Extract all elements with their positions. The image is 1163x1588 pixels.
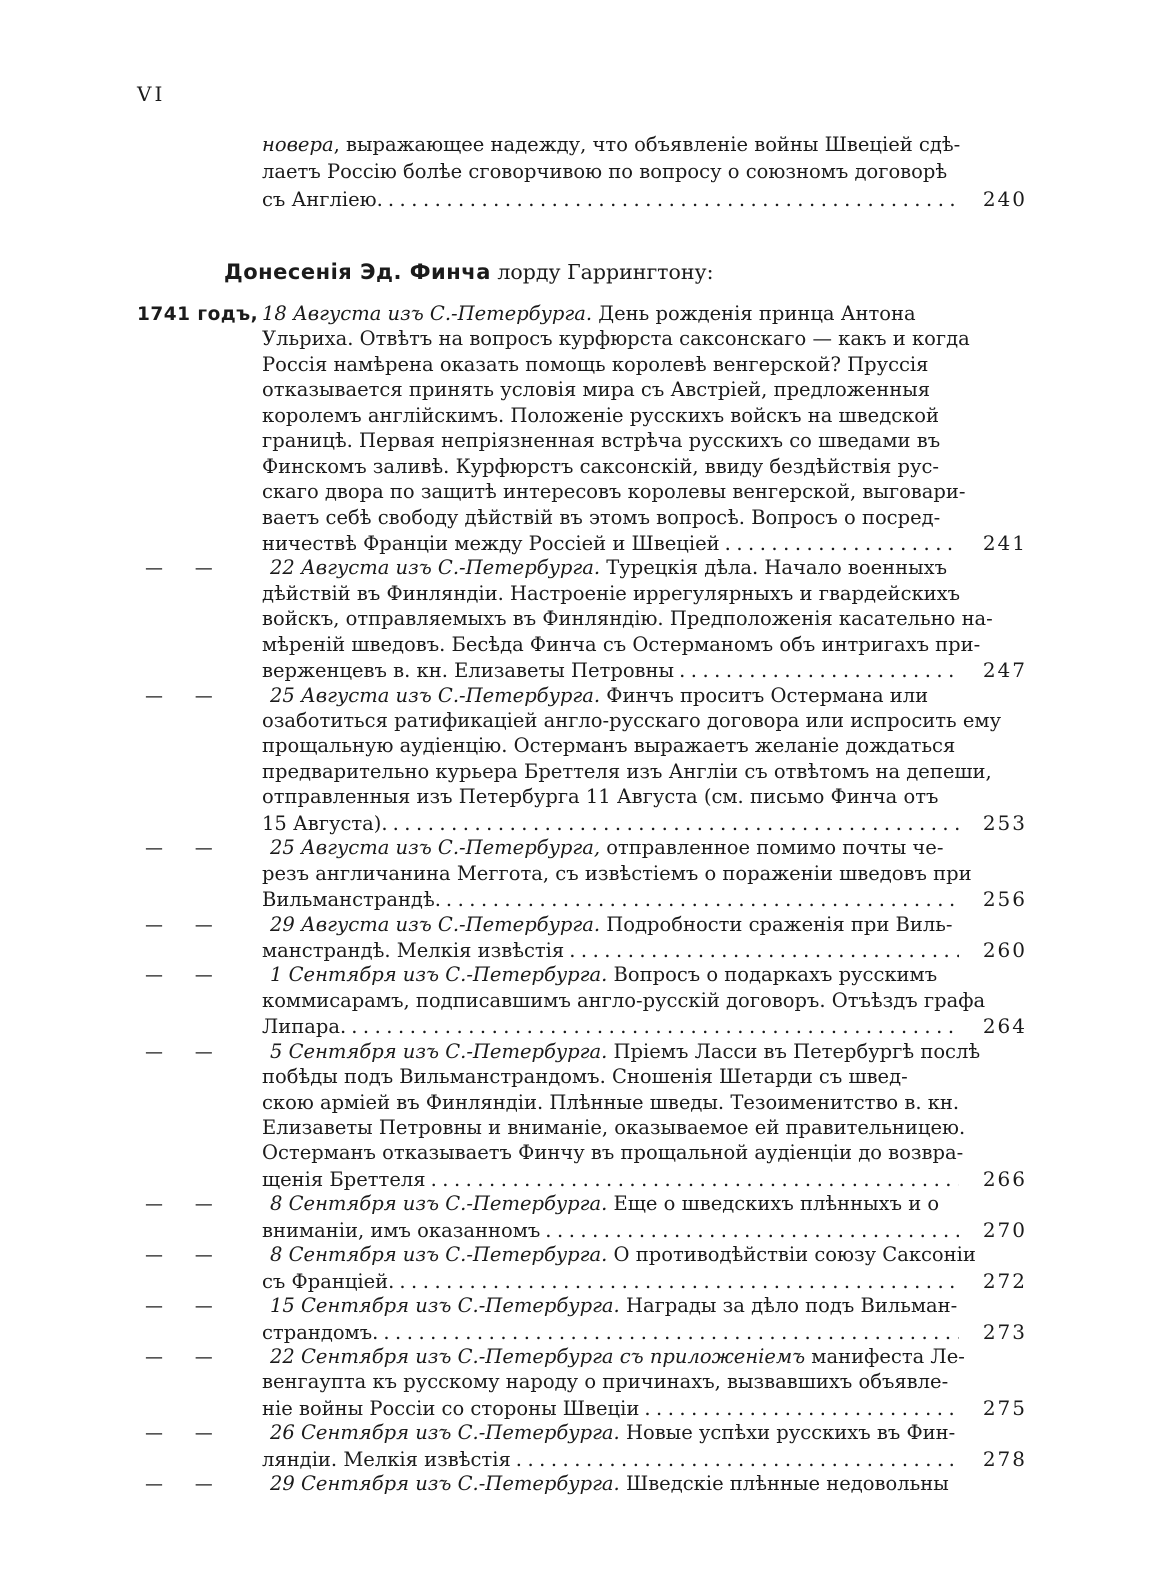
page-ref: 264 bbox=[973, 1014, 1027, 1038]
toc-line-text: дѣйствій въ Финляндіи. Настроеніе иррегу… bbox=[262, 582, 960, 605]
toc-entry-summary: ваетъ себѣ свободу дѣйствій въ этомъ воп… bbox=[262, 506, 940, 529]
toc-entry-summary: Новые успѣхи русскихъ въ Фин- bbox=[620, 1421, 955, 1444]
toc-line-text: коммисарамъ, подписавшимъ англо-русскій … bbox=[262, 989, 985, 1012]
toc-line-text: резъ англичанина Меггота, съ извѣстіемъ … bbox=[262, 862, 972, 885]
toc-line: — —15 Сентября изъ С.-Петербурга. Наград… bbox=[137, 1294, 1027, 1319]
toc-line: — —8 Сентября изъ С.-Петербурга. Еще о ш… bbox=[137, 1192, 1027, 1217]
toc-line-margin: 1741 годъ, bbox=[137, 304, 262, 325]
toc-line: побѣды подъ Вильманстрандомъ. Сношенія Ш… bbox=[137, 1065, 1027, 1090]
toc-line: — —29 Августа изъ С.-Петербурга. Подробн… bbox=[137, 913, 1027, 938]
toc-line: — —8 Сентября изъ С.-Петербурга. О проти… bbox=[137, 1243, 1027, 1268]
toc-line-margin: — — bbox=[137, 1474, 270, 1495]
toc-line-text: 8 Сентября изъ С.-Петербурга. Еще о швед… bbox=[270, 1192, 939, 1215]
toc-line-text: 22 Августа изъ С.-Петербурга. Турецкія д… bbox=[270, 556, 947, 579]
toc-line: Россія намѣрена оказать помощь королевѣ … bbox=[137, 353, 1027, 378]
toc-entry-summary: манифеста Ле- bbox=[805, 1345, 965, 1368]
toc-line-margin: — — bbox=[137, 1347, 270, 1368]
toc-line-text: границѣ. Первая непріязненная встрѣча ру… bbox=[262, 429, 940, 452]
toc-line: резъ англичанина Меггота, съ извѣстіемъ … bbox=[137, 862, 1027, 887]
toc-line: — —22 Сентября изъ С.-Петербурга съ прил… bbox=[137, 1345, 1027, 1370]
dot-leader: ........................................… bbox=[431, 1168, 959, 1191]
toc-line: Ульриха. Отвѣтъ на вопросъ курфюрста сак… bbox=[137, 327, 1027, 352]
toc-entry-summary: ничествѣ Франціи между Россіей и Швеціей bbox=[262, 532, 720, 555]
scanned-book-page: VI новера, выражающее надежду, что объяв… bbox=[0, 0, 1163, 1588]
toc-line-margin: — — bbox=[137, 1423, 270, 1444]
toc-entry-summary: венгаупта къ русскому народу о причинахъ… bbox=[262, 1370, 948, 1393]
toc-entry-summary: отказывается принять условія мира съ Авс… bbox=[262, 378, 930, 401]
toc-entry-summary: Остерманъ отказываетъ Финчу въ прощально… bbox=[262, 1141, 963, 1164]
toc-line-text: ничествѣ Франціи между Россіей и Швеціей bbox=[262, 532, 720, 555]
toc-entry-summary: ніе войны Россіи со стороны Швеціи bbox=[262, 1397, 639, 1420]
toc-line: — —1 Сентября изъ С.-Петербурга. Вопросъ… bbox=[137, 963, 1027, 988]
toc-line-text: Липара. bbox=[262, 1015, 346, 1038]
dot-leader: ........................................… bbox=[383, 1321, 959, 1344]
page-ref: 256 bbox=[973, 887, 1027, 911]
toc-line-text: 15 Августа). bbox=[262, 812, 388, 835]
toc-entry-summary: Вильманстрандѣ. bbox=[262, 888, 441, 911]
toc-entry-summary: Подробности сраженія при Виль- bbox=[600, 913, 952, 936]
section-heading: Донесенія Эд. Финча лорду Гаррингтону: bbox=[224, 260, 714, 284]
toc-line-text: ніе войны Россіи со стороны Швеціи bbox=[262, 1397, 639, 1420]
folio-page-number: VI bbox=[137, 82, 165, 106]
dot-leader: ........................................… bbox=[388, 188, 959, 211]
toc-entry-summary: Вопросъ о подаркахъ русскимъ bbox=[607, 963, 937, 986]
toc-entry-date: 8 Сентября изъ С.-Петербурга. bbox=[270, 1243, 607, 1266]
toc-entry-summary: озаботиться ратификаціей англо-русскаго … bbox=[262, 709, 1001, 732]
toc-line-text: 1 Сентября изъ С.-Петербурга. Вопросъ о … bbox=[270, 963, 937, 986]
toc-line-text: 8 Сентября изъ С.-Петербурга. О противод… bbox=[270, 1243, 976, 1266]
toc-line: лаетъ Россію болѣе сговорчивою по вопрос… bbox=[137, 160, 1027, 187]
toc-intro-block: новера, выражающее надежду, что объявлен… bbox=[137, 133, 1027, 214]
toc-line-text: мѣреній шведовъ. Бесѣда Финча съ Остерма… bbox=[262, 633, 980, 656]
toc-entry-summary: границѣ. Первая непріязненная встрѣча ру… bbox=[262, 429, 940, 452]
dot-leader: ........................................… bbox=[545, 1219, 959, 1242]
toc-entry-summary: резъ англичанина Меггота, съ извѣстіемъ … bbox=[262, 862, 972, 885]
toc-entry-date: 22 Сентября изъ С.-Петербурга съ приложе… bbox=[270, 1345, 805, 1368]
toc-entry-summary: мѣреній шведовъ. Бесѣда Финча съ Остерма… bbox=[262, 633, 980, 656]
toc-entry-date: 15 Сентября изъ С.-Петербурга. bbox=[270, 1294, 620, 1317]
toc-line: отказывается принять условія мира съ Авс… bbox=[137, 378, 1027, 403]
toc-entry-date: 29 Сентября изъ С.-Петербурга. bbox=[270, 1472, 620, 1495]
toc-entries-block: 1741 годъ,18 Августа изъ С.-Петербурга. … bbox=[137, 302, 1027, 1498]
toc-line: Финскомъ заливѣ. Курфюрстъ саксонскій, в… bbox=[137, 455, 1027, 480]
toc-entry-date: 29 Августа изъ С.-Петербурга. bbox=[270, 913, 600, 936]
toc-line: — —25 Августа изъ С.-Петербурга, отправл… bbox=[137, 836, 1027, 861]
toc-line-text: прощальную аудіенцію. Остерманъ выражает… bbox=[262, 734, 955, 757]
toc-entry-summary: верженцевъ в. кн. Елизаветы Петровны bbox=[262, 659, 674, 682]
toc-line: манстрандѣ. Мелкія извѣстія.............… bbox=[137, 938, 1027, 963]
toc-line-text: отказывается принять условія мира съ Авс… bbox=[262, 378, 930, 401]
toc-line: ваетъ себѣ свободу дѣйствій въ этомъ воп… bbox=[137, 506, 1027, 531]
toc-line: — —29 Сентября изъ С.-Петербурга. Шведск… bbox=[137, 1472, 1027, 1497]
toc-line-text: ваетъ себѣ свободу дѣйствій въ этомъ воп… bbox=[262, 506, 940, 529]
toc-line-text: 25 Августа изъ С.-Петербурга. Финчъ прос… bbox=[270, 684, 928, 707]
toc-line-text: 29 Сентября изъ С.-Петербурга. Шведскіе … bbox=[270, 1472, 949, 1495]
toc-line-text: 25 Августа изъ С.-Петербурга, отправленн… bbox=[270, 836, 943, 859]
toc-line: Липара..................................… bbox=[137, 1014, 1027, 1039]
toc-line-text: съ Франціей. bbox=[262, 1270, 394, 1293]
toc-line: съ Англіею..............................… bbox=[137, 187, 1027, 214]
toc-line: ляндіи. Мелкія извѣстія.................… bbox=[137, 1447, 1027, 1472]
toc-line-text: венгаупта къ русскому народу о причинахъ… bbox=[262, 1370, 948, 1393]
toc-entry-summary: щенія Бреттеля bbox=[262, 1168, 426, 1191]
toc-entry-summary: День рожденія принца Антона bbox=[592, 302, 916, 325]
toc-line: мѣреній шведовъ. Бесѣда Финча съ Остерма… bbox=[137, 633, 1027, 658]
toc-entry-summary: Ульриха. Отвѣтъ на вопросъ курфюрста сак… bbox=[262, 327, 970, 350]
toc-line-margin: — — bbox=[137, 1296, 270, 1317]
toc-entry-summary: Россія намѣрена оказать помощь королевѣ … bbox=[262, 353, 928, 376]
toc-entry-summary: ляндіи. Мелкія извѣстія bbox=[262, 1448, 511, 1471]
toc-entry-summary: войскъ, отправляемыхъ въ Финляндію. Пред… bbox=[262, 607, 993, 630]
toc-entry-summary: , выражающее надежду, что объявленіе вой… bbox=[334, 133, 961, 156]
toc-line: ничествѣ Франціи между Россіей и Швеціей… bbox=[137, 531, 1027, 556]
toc-entry-summary: 15 Августа). bbox=[262, 812, 388, 835]
toc-entry-date: 26 Сентября изъ С.-Петербурга. bbox=[270, 1421, 620, 1444]
toc-entry-summary: Награды за дѣло подъ Вильман- bbox=[620, 1294, 958, 1317]
toc-entry-summary: Пріемъ Ласси въ Петербургѣ послѣ bbox=[607, 1040, 980, 1063]
toc-line-margin: — — bbox=[137, 915, 270, 936]
toc-line-margin: — — bbox=[137, 1245, 270, 1266]
toc-line-margin: — — bbox=[137, 965, 270, 986]
toc-line-text: съ Англіею. bbox=[262, 188, 383, 211]
dot-leader: ........................................… bbox=[516, 1448, 959, 1471]
toc-line: — —5 Сентября изъ С.-Петербурга. Пріемъ … bbox=[137, 1040, 1027, 1065]
toc-line-text: 22 Сентября изъ С.-Петербурга съ приложе… bbox=[270, 1345, 965, 1368]
toc-entry-summary: страндомъ. bbox=[262, 1321, 378, 1344]
toc-entry-summary: съ Франціей. bbox=[262, 1270, 394, 1293]
page-ref: 275 bbox=[973, 1396, 1027, 1420]
dot-leader: ........................................… bbox=[393, 812, 959, 835]
toc-line-text: Финскомъ заливѣ. Курфюрстъ саксонскій, в… bbox=[262, 455, 939, 478]
dot-leader: ........................................… bbox=[644, 1397, 959, 1420]
toc-entry-date: новера bbox=[262, 133, 334, 156]
toc-line-text: щенія Бреттеля bbox=[262, 1168, 426, 1191]
toc-entry-summary: отправленныя изъ Петербурга 11 Августа (… bbox=[262, 785, 938, 808]
dot-leader: ........................................… bbox=[351, 1015, 959, 1038]
toc-entry-date: 5 Сентября изъ С.-Петербурга. bbox=[270, 1040, 607, 1063]
toc-entry-date: 25 Августа изъ С.-Петербурга, bbox=[270, 836, 600, 859]
toc-entry-summary: Елизаветы Петровны и вниманіе, оказываем… bbox=[262, 1116, 965, 1139]
toc-entry-summary: дѣйствій въ Финляндіи. Настроеніе иррегу… bbox=[262, 582, 960, 605]
toc-entry-summary: Еще о шведскихъ плѣнныхъ и о bbox=[607, 1192, 939, 1215]
toc-entry-date: 22 Августа изъ С.-Петербурга. bbox=[270, 556, 600, 579]
toc-line: предварительно курьера Бреттеля изъ Англ… bbox=[137, 760, 1027, 785]
toc-line: границѣ. Первая непріязненная встрѣча ру… bbox=[137, 429, 1027, 454]
toc-line-margin: — — bbox=[137, 838, 270, 859]
toc-entry-summary: побѣды подъ Вильманстрандомъ. Сношенія Ш… bbox=[262, 1065, 908, 1088]
page-ref: 272 bbox=[973, 1269, 1027, 1293]
toc-entry-summary: скою арміей въ Финляндіи. Плѣнные шведы.… bbox=[262, 1091, 959, 1114]
page-ref: 241 bbox=[973, 531, 1027, 555]
section-heading-bold: Донесенія Эд. Финча bbox=[224, 260, 491, 284]
toc-line: венгаупта къ русскому народу о причинахъ… bbox=[137, 1370, 1027, 1395]
toc-line-text: предварительно курьера Бреттеля изъ Англ… bbox=[262, 760, 992, 783]
toc-line: съ Франціей.............................… bbox=[137, 1269, 1027, 1294]
toc-line: Вильманстрандѣ..........................… bbox=[137, 887, 1027, 912]
toc-line-text: войскъ, отправляемыхъ въ Финляндію. Пред… bbox=[262, 607, 993, 630]
toc-line: 15 Августа).............................… bbox=[137, 811, 1027, 836]
toc-line-text: 5 Сентября изъ С.-Петербурга. Пріемъ Лас… bbox=[270, 1040, 980, 1063]
toc-line-text: новера, выражающее надежду, что объявлен… bbox=[262, 133, 960, 156]
toc-entry-summary: съ Англіею. bbox=[262, 188, 383, 211]
toc-entry-date: 8 Сентября изъ С.-Петербурга. bbox=[270, 1192, 607, 1215]
toc-entry-summary: предварительно курьера Бреттеля изъ Англ… bbox=[262, 760, 992, 783]
toc-line-margin: — — bbox=[137, 686, 270, 707]
toc-line: отправленныя изъ Петербурга 11 Августа (… bbox=[137, 785, 1027, 810]
toc-line-margin: — — bbox=[137, 1042, 270, 1063]
toc-line-text: 26 Сентября изъ С.-Петербурга. Новые усп… bbox=[270, 1421, 955, 1444]
toc-line-text: 18 Августа изъ С.-Петербурга. День рожде… bbox=[262, 302, 916, 325]
toc-line-text: скаго двора по защитѣ интересовъ королев… bbox=[262, 480, 965, 503]
toc-line: новера, выражающее надежду, что объявлен… bbox=[137, 133, 1027, 160]
toc-line: ніе войны Россіи со стороны Швеціи......… bbox=[137, 1396, 1027, 1421]
page-ref: 260 bbox=[973, 938, 1027, 962]
page-ref: 273 bbox=[973, 1320, 1027, 1344]
dot-leader: ........................................… bbox=[399, 1270, 959, 1293]
toc-line: 1741 годъ,18 Августа изъ С.-Петербурга. … bbox=[137, 302, 1027, 327]
toc-entry-summary: отправленное помимо почты че- bbox=[600, 836, 943, 859]
toc-entry-summary: прощальную аудіенцію. Остерманъ выражает… bbox=[262, 734, 955, 757]
toc-line-text: Россія намѣрена оказать помощь королевѣ … bbox=[262, 353, 928, 376]
toc-entry-summary: вниманіи, имъ оказанномъ bbox=[262, 1219, 540, 1242]
toc-line-text: 15 Сентября изъ С.-Петербурга. Награды з… bbox=[270, 1294, 957, 1317]
page-ref: 253 bbox=[973, 811, 1027, 835]
toc-entry-summary: скаго двора по защитѣ интересовъ королев… bbox=[262, 480, 965, 503]
toc-entry-summary: Турецкія дѣла. Начало военныхъ bbox=[600, 556, 947, 579]
section-heading-rest: лорду Гаррингтону: bbox=[491, 260, 714, 284]
toc-line: коммисарамъ, подписавшимъ англо-русскій … bbox=[137, 989, 1027, 1014]
toc-entry-summary: лаетъ Россію болѣе сговорчивою по вопрос… bbox=[262, 160, 947, 183]
page-ref: 278 bbox=[973, 1447, 1027, 1471]
toc-line-text: ляндіи. Мелкія извѣстія bbox=[262, 1448, 511, 1471]
toc-line-text: вниманіи, имъ оказанномъ bbox=[262, 1219, 540, 1242]
toc-line-text: скою арміей въ Финляндіи. Плѣнные шведы.… bbox=[262, 1091, 959, 1114]
page-ref: 240 bbox=[973, 187, 1027, 211]
toc-line: королемъ англійскимъ. Положеніе русскихъ… bbox=[137, 404, 1027, 429]
toc-entry-summary: коммисарамъ, подписавшимъ англо-русскій … bbox=[262, 989, 985, 1012]
toc-line-text: Елизаветы Петровны и вниманіе, оказываем… bbox=[262, 1116, 965, 1139]
toc-entry-summary: королемъ англійскимъ. Положеніе русскихъ… bbox=[262, 404, 939, 427]
dot-leader: ........................................… bbox=[569, 939, 959, 962]
toc-line-text: отправленныя изъ Петербурга 11 Августа (… bbox=[262, 785, 938, 808]
toc-line: вниманіи, имъ оказанномъ................… bbox=[137, 1218, 1027, 1243]
dot-leader: ........................................… bbox=[725, 532, 959, 555]
toc-line: скаго двора по защитѣ интересовъ королев… bbox=[137, 480, 1027, 505]
toc-line: озаботиться ратификаціей англо-русскаго … bbox=[137, 709, 1027, 734]
toc-line: Елизаветы Петровны и вниманіе, оказываем… bbox=[137, 1116, 1027, 1141]
dot-leader: ........................................… bbox=[446, 888, 959, 911]
toc-line-text: озаботиться ратификаціей англо-русскаго … bbox=[262, 709, 1001, 732]
toc-entry-summary: Липара. bbox=[262, 1015, 346, 1038]
toc-line: щенія Бреттеля..........................… bbox=[137, 1167, 1027, 1192]
toc-entry-summary: О противодѣйствіи союзу Саксоніи bbox=[607, 1243, 976, 1266]
toc-entry-summary: Финчъ проситъ Остермана или bbox=[600, 684, 928, 707]
toc-line: верженцевъ в. кн. Елизаветы Петровны....… bbox=[137, 658, 1027, 683]
toc-line: страндомъ...............................… bbox=[137, 1320, 1027, 1345]
toc-line-text: манстрандѣ. Мелкія извѣстія bbox=[262, 939, 564, 962]
dot-leader: ........................................… bbox=[679, 659, 959, 682]
toc-entry-summary: Шведскіе плѣнные недовольны bbox=[620, 1472, 949, 1495]
toc-line-text: Ульриха. Отвѣтъ на вопросъ курфюрста сак… bbox=[262, 327, 970, 350]
toc-line-margin: — — bbox=[137, 558, 270, 579]
page-ref: 247 bbox=[973, 658, 1027, 682]
toc-line-text: страндомъ. bbox=[262, 1321, 378, 1344]
toc-line-text: лаетъ Россію болѣе сговорчивою по вопрос… bbox=[262, 160, 947, 183]
toc-line: скою арміей въ Финляндіи. Плѣнные шведы.… bbox=[137, 1091, 1027, 1116]
toc-line: — —22 Августа изъ С.-Петербурга. Турецкі… bbox=[137, 556, 1027, 581]
toc-entry-date: 1 Сентября изъ С.-Петербурга. bbox=[270, 963, 607, 986]
toc-line: войскъ, отправляемыхъ въ Финляндію. Пред… bbox=[137, 607, 1027, 632]
toc-line-text: верженцевъ в. кн. Елизаветы Петровны bbox=[262, 659, 674, 682]
toc-entry-date: 25 Августа изъ С.-Петербурга. bbox=[270, 684, 600, 707]
toc-line-text: королемъ англійскимъ. Положеніе русскихъ… bbox=[262, 404, 939, 427]
toc-entry-summary: Финскомъ заливѣ. Курфюрстъ саксонскій, в… bbox=[262, 455, 939, 478]
toc-entry-date: 18 Августа изъ С.-Петербурга. bbox=[262, 302, 592, 325]
toc-line: Остерманъ отказываетъ Финчу въ прощально… bbox=[137, 1141, 1027, 1166]
toc-line: — —25 Августа изъ С.-Петербурга. Финчъ п… bbox=[137, 684, 1027, 709]
toc-line-text: побѣды подъ Вильманстрандомъ. Сношенія Ш… bbox=[262, 1065, 908, 1088]
toc-line-text: Остерманъ отказываетъ Финчу въ прощально… bbox=[262, 1141, 963, 1164]
toc-line-margin: — — bbox=[137, 1194, 270, 1215]
toc-entry-summary: манстрандѣ. Мелкія извѣстія bbox=[262, 939, 564, 962]
page-ref: 270 bbox=[973, 1218, 1027, 1242]
toc-line: — —26 Сентября изъ С.-Петербурга. Новые … bbox=[137, 1421, 1027, 1446]
toc-line: дѣйствій въ Финляндіи. Настроеніе иррегу… bbox=[137, 582, 1027, 607]
toc-line: прощальную аудіенцію. Остерманъ выражает… bbox=[137, 734, 1027, 759]
toc-line-text: Вильманстрандѣ. bbox=[262, 888, 441, 911]
toc-line-text: 29 Августа изъ С.-Петербурга. Подробност… bbox=[270, 913, 952, 936]
page-ref: 266 bbox=[973, 1167, 1027, 1191]
